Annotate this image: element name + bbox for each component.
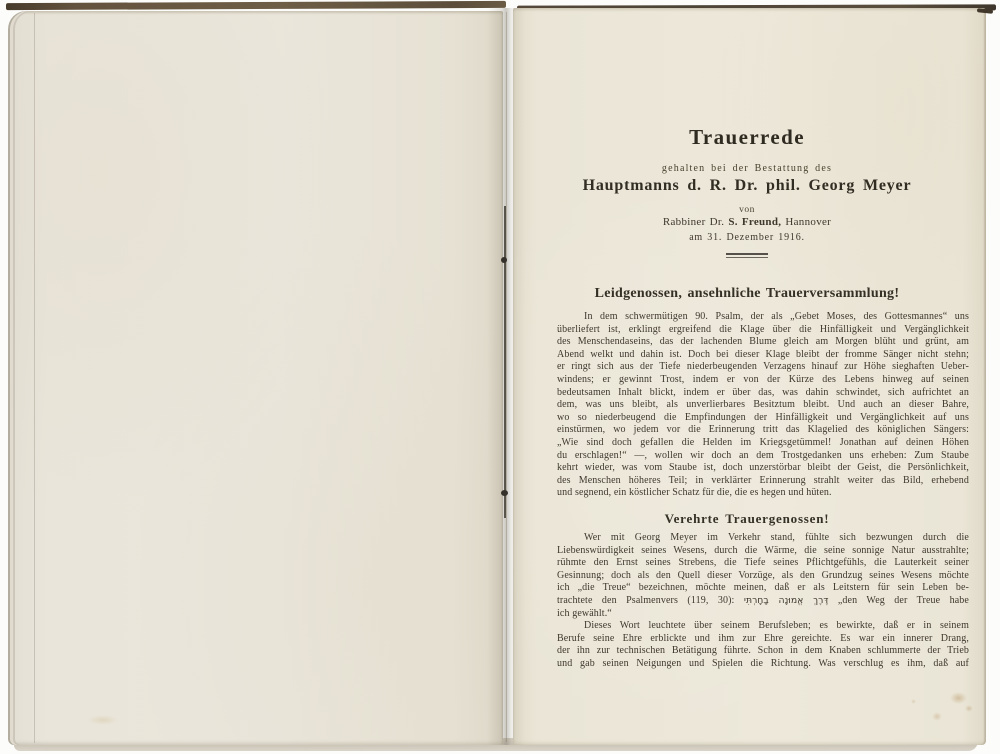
- binding-thread: [504, 206, 506, 518]
- book-cover-top-edge-left: [6, 1, 506, 10]
- title-subtitle: gehalten bei der Bestattung des: [557, 163, 937, 174]
- section-body-2: Wer mit Georg Meyer im Verkehr stand, fü…: [557, 532, 969, 671]
- text-line: er ringt sich aus der Tiefe niederbeugen…: [557, 361, 969, 374]
- text-line: Gesinnung; doch als den Quell dieser Vor…: [557, 570, 969, 583]
- byline-von: von: [557, 205, 937, 215]
- text-line: ich gewählt.“: [557, 608, 969, 621]
- text-line: du erschlagen!“ —, wollen wir doch an de…: [557, 450, 969, 463]
- text-line: rühmte den Ernst seines Strebens, die Ti…: [557, 557, 969, 570]
- binding-stitch-hole-top: [501, 257, 507, 263]
- text-line: Abend welkt und dahin ist. Doch bei dies…: [557, 349, 969, 362]
- text-line: Berufe seine Ehre erblickte und ihm zur …: [557, 633, 969, 646]
- binding-stitch-hole-bottom: [501, 490, 508, 496]
- text-line: der ihn zur technischen Betätigung führt…: [557, 645, 969, 658]
- text-line: Dieses Wort leuchtete über seinem Berufs…: [557, 620, 969, 633]
- text-line: einstürmen, wo jedem vor die Erinnerung …: [557, 424, 969, 437]
- text-line: ich „die Treue“ bezeichnen, möchte meine…: [557, 582, 969, 595]
- speaker-name: S. Freund,: [728, 216, 781, 228]
- text-line: kehrt wieder, was vom Staube ist, doch u…: [557, 462, 969, 475]
- speaker-suffix: Hannover: [781, 216, 831, 228]
- text-line: des Menschendaseins, das der lachenden B…: [557, 336, 969, 349]
- page-title: Trauerrede: [557, 125, 937, 150]
- section-body-1: In dem schwermütigen 90. Psalm, der als …: [557, 311, 969, 500]
- text-line: In dem schwermütigen 90. Psalm, der als …: [557, 311, 969, 324]
- text-line: Liebenswürdigkeit seines Wesens, durch d…: [557, 545, 969, 558]
- speaker-line: Rabbiner Dr. S. Freund, Hannover: [557, 216, 937, 228]
- text-line: wo so niederbeugend die Empfindungen der…: [557, 412, 969, 425]
- paper-stain: [88, 715, 118, 725]
- section-heading-address: Leidgenossen, ansehnliche Trauerversamml…: [557, 286, 937, 302]
- left-page-blank: [8, 11, 503, 745]
- text-line: Wer mit Georg Meyer im Verkehr stand, fü…: [557, 532, 969, 545]
- text-line: des Menschen höheres Teil; in verklärter…: [557, 475, 969, 488]
- text-line: und segnend, ein köstlicher Schatz für d…: [557, 487, 969, 500]
- section-heading-eulogy: Verehrte Trauergenossen!: [557, 511, 937, 527]
- text-line: „Wie sind doch gefallen die Helden im Kr…: [557, 437, 969, 450]
- text-line: windens; er gewinnt Trost, indem er von …: [557, 374, 969, 387]
- gutter-crease: [506, 12, 507, 742]
- speaker-prefix: Rabbiner Dr.: [663, 216, 728, 228]
- text-line: trachtete den Psalmenvers (119, 30): דֶּ…: [557, 595, 969, 608]
- honoree-name: Hauptmanns d. R. Dr. phil. Georg Meyer: [557, 177, 937, 195]
- text-segment: trachtete den Psalmenvers (119, 30):: [557, 595, 744, 606]
- text-line: bedeutsamen Inhalt blickt, indem er über…: [557, 387, 969, 400]
- text-line: dem, was uns bleibt, als unverlierbares …: [557, 399, 969, 412]
- corner-mark: [977, 8, 993, 14]
- right-page: Trauerrede gehalten bei der Bestattung d…: [513, 8, 986, 745]
- text-line: und gab seinen Neigungen und Spielen die…: [557, 658, 969, 671]
- book-spread-scan: Trauerrede gehalten bei der Bestattung d…: [0, 0, 1000, 754]
- text-line: überliefert ist, erklingt ergreifend die…: [557, 324, 969, 337]
- date-line: am 31. Dezember 1916.: [557, 232, 937, 243]
- hebrew-psalm-quote: דֶּרֶךְ אֱמוּנָה בָחָרְתִּי: [744, 595, 829, 606]
- text-segment: „den Weg der Treue habe: [828, 595, 969, 606]
- printed-content: Trauerrede gehalten bei der Bestattung d…: [557, 8, 969, 745]
- double-rule-divider: [726, 253, 768, 258]
